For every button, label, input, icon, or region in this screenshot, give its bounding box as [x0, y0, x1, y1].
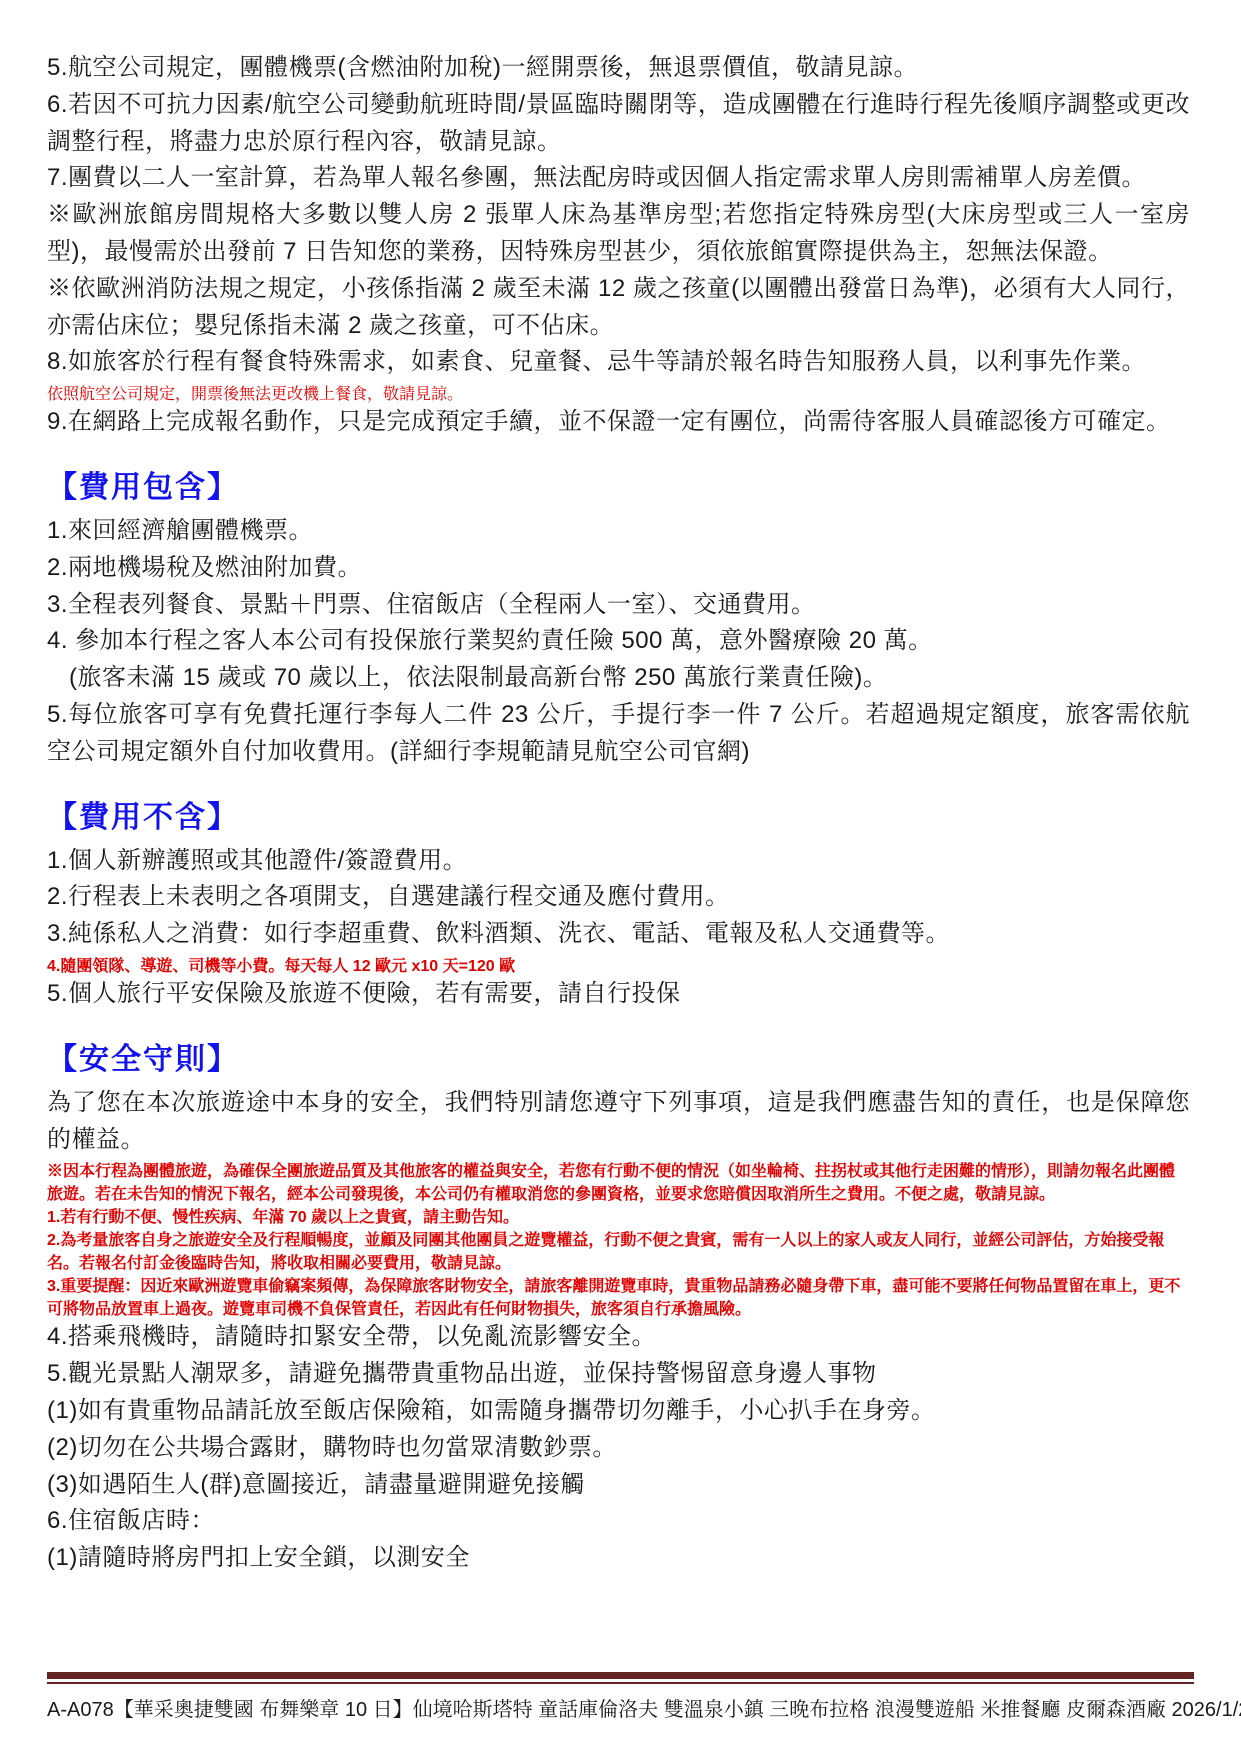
paragraph-excluded-passport: 1.個人新辦護照或其他證件/簽證費用。 [47, 843, 1190, 880]
footer-divider-rule [47, 1672, 1194, 1684]
paragraph-safety-rule-6: 6.住宿飯店時： [47, 1503, 1190, 1540]
paragraph-safety-intro: 為了您在本次旅遊途中本身的安全，我們特別請您遵守下列事項，這是我們應盡告知的責任… [47, 1085, 1190, 1159]
paragraph-included-tax: 2.兩地機場稅及燃油附加費。 [47, 550, 1190, 587]
paragraph-safety-rule-5: 5.觀光景點人潮眾多，請避免攜帶貴重物品出遊，並保持警惕留意身邊人事物 [47, 1356, 1190, 1393]
footer-tour-title: A-A078【華采奧捷雙國 布舞樂章 10 日】仙境哈斯塔特 童話庫倫洛夫 雙溫… [47, 1693, 1194, 1722]
document-page: 5.航空公司規定，團體機票(含燃油附加稅)一經開票後，無退票價值，敬請見諒。 6… [0, 0, 1241, 1755]
paragraph-special-meal: 8.如旅客於行程有餐食特殊需求，如素食、兒童餐、忌牛等請於報名時告知服務人員，以… [47, 344, 1190, 381]
paragraph-safety-rule-1: 1.若有行動不便、慢性疾病、年滿 70 歲以上之貴賓，請主動告知。 [47, 1204, 1190, 1227]
paragraph-excluded-expenses: 2.行程表上未表明之各項開支，自選建議行程交通及應付費用。 [47, 879, 1190, 916]
paragraph-europe-hotel-rooms: ※歐洲旅館房間規格大多數以雙人房 2 張單人床為基準房型;若您指定特殊房型(大床… [47, 197, 1190, 271]
paragraph-included-meals: 3.全程表列餐食、景點＋門票、住宿飯店（全程兩人一室）、交通費用。 [47, 587, 1190, 624]
paragraph-online-booking: 9.在網路上完成報名動作，只是完成預定手續，並不保證一定有團位，尚需待客服人員確… [47, 404, 1190, 441]
paragraph-mobility-warning: ※因本行程為團體旅遊，為確保全團旅遊品質及其他旅客的權益與安全，若您有行動不便的… [47, 1158, 1190, 1204]
paragraph-meal-change-notice: 依照航空公司規定，開票後無法更改機上餐食，敬請見諒。 [47, 381, 1190, 404]
paragraph-excluded-personal: 3.純係私人之消費：如行李超重費、飲料酒類、洗衣、電話、電報及私人交通費等。 [47, 916, 1190, 953]
document-body: 5.航空公司規定，團體機票(含燃油附加稅)一經開票後，無退票價值，敬請見諒。 6… [47, 50, 1190, 1577]
paragraph-safety-rule-4: 4.搭乘飛機時，請隨時扣緊安全帶，以免亂流影響安全。 [47, 1319, 1190, 1356]
paragraph-excluded-insurance: 5.個人旅行平安保險及旅遊不便險，若有需要，請自行投保 [47, 976, 1190, 1013]
paragraph-safety-rule-6-1: (1)請隨時將房門扣上安全鎖，以測安全 [47, 1540, 1190, 1577]
paragraph-safety-rule-3: 3.重要提醒：因近來歐洲遊覽車偷竊案頻傳，為保障旅客財物安全，請旅客離開遊覽車時… [47, 1273, 1190, 1319]
paragraph-fire-regulation-child: ※依歐洲消防法規之規定，小孩係指滿 2 歲至未滿 12 歲之孩童(以團體出發當日… [47, 271, 1190, 345]
paragraph-airline-ticket-rule: 5.航空公司規定，團體機票(含燃油附加稅)一經開票後，無退票價值，敬請見諒。 [47, 50, 1190, 87]
section-header-fee-excluded: 【費用不含】 [47, 797, 1190, 839]
paragraph-safety-rule-5-3: (3)如遇陌生人(群)意圖接近，請盡量避開避免接觸 [47, 1467, 1190, 1504]
paragraph-safety-rule-2: 2.為考量旅客自身之旅遊安全及行程順暢度，並顧及同團其他團員之遊覽權益，行動不便… [47, 1227, 1190, 1273]
paragraph-room-pricing: 7.團費以二人一室計算，若為單人報名參團，無法配房時或因個人指定需求單人房則需補… [47, 160, 1190, 197]
paragraph-included-insurance: 4. 參加本行程之客人本公司有投保旅行業契約責任險 500 萬，意外醫療險 20… [47, 623, 1190, 660]
paragraph-included-baggage: 5.每位旅客可享有免費托運行李每人二件 23 公斤，手提行李一件 7 公斤。若超… [47, 697, 1190, 771]
section-header-fee-included: 【費用包含】 [47, 467, 1190, 509]
paragraph-force-majeure: 6.若因不可抗力因素/航空公司變動航班時間/景區臨時關閉等，造成團體在行進時行程… [47, 87, 1190, 161]
paragraph-included-flight: 1.來回經濟艙團體機票。 [47, 513, 1190, 550]
page-footer: A-A078【華采奧捷雙國 布舞樂章 10 日】仙境哈斯塔特 童話庫倫洛夫 雙溫… [47, 1672, 1194, 1722]
paragraph-insurance-limit-note: (旅客未滿 15 歲或 70 歲以上，依法限制最高新台幣 250 萬旅行業責任險… [47, 660, 1190, 697]
section-header-safety-rules: 【安全守則】 [47, 1039, 1190, 1081]
paragraph-safety-rule-5-1: (1)如有貴重物品請託放至飯店保險箱，如需隨身攜帶切勿離手，小心扒手在身旁。 [47, 1393, 1190, 1430]
paragraph-tips-notice: 4.隨團領隊、導遊、司機等小費。每天每人 12 歐元 x10 天=120 歐 [47, 953, 1190, 976]
paragraph-safety-rule-5-2: (2)切勿在公共場合露財，購物時也勿當眾清數鈔票。 [47, 1430, 1190, 1467]
